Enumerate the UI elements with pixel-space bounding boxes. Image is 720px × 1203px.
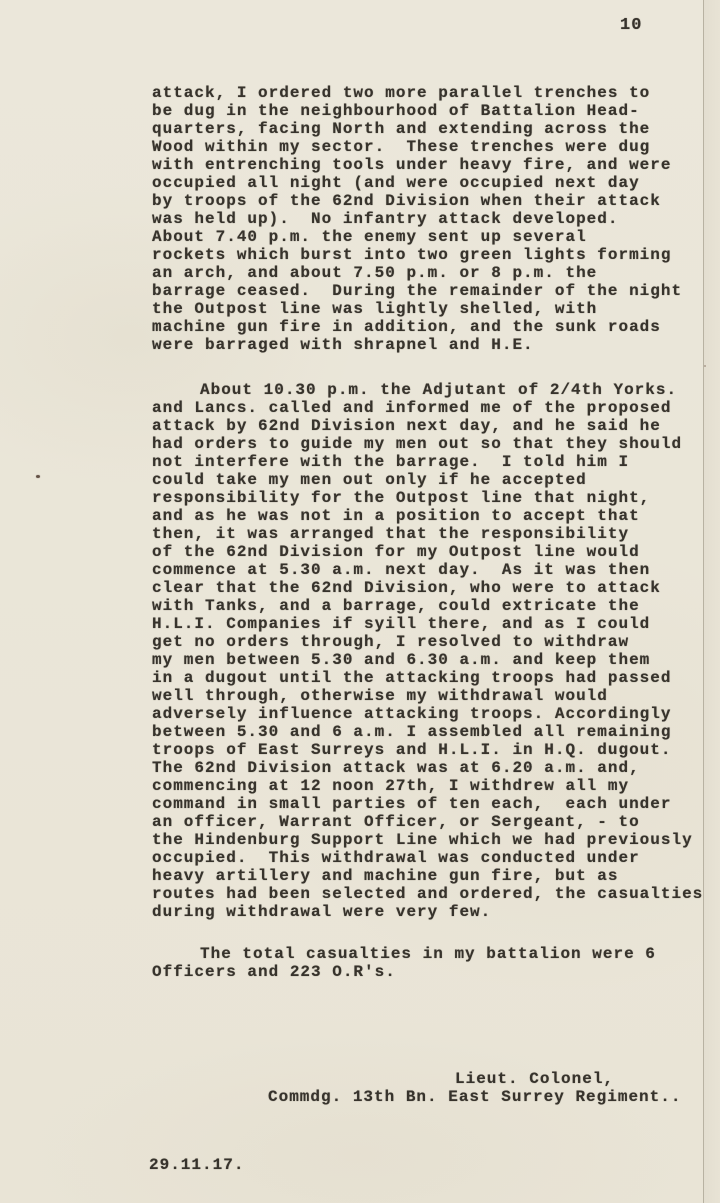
text-line: routes had been selected and ordered, th…	[152, 885, 718, 903]
text-line: with entrenching tools under heavy fire,…	[152, 156, 718, 174]
page-number: 10	[620, 16, 642, 36]
text-line: could take my men out only if he accepte…	[152, 471, 718, 489]
text-line: occupied. This withdrawal was conducted …	[152, 849, 718, 867]
text-line: commence at 5.30 a.m. next day. As it wa…	[152, 561, 718, 579]
text-line: well through, otherwise my withdrawal wo…	[152, 687, 718, 705]
paper-speck	[704, 365, 706, 367]
text-line: command in small parties of ten each, ea…	[152, 795, 718, 813]
text-line: was held up). No infantry attack develop…	[152, 210, 718, 228]
text-line: occupied all night (and were occupied ne…	[152, 174, 718, 192]
text-line: in a dugout until the attacking troops h…	[152, 669, 718, 687]
signature-rank: Lieut. Colonel,	[455, 1070, 614, 1088]
text-line: be dug in the neighbourhood of Battalion…	[152, 102, 718, 120]
date-stamp: 29.11.17.	[149, 1156, 244, 1174]
text-line: not interfere with the barrage. I told h…	[152, 453, 718, 471]
paragraph: About 10.30 p.m. the Adjutant of 2/4th Y…	[152, 381, 718, 921]
text-line: an arch, and about 7.50 p.m. or 8 p.m. t…	[152, 264, 718, 282]
text-line: and as he was not in a position to accep…	[152, 507, 718, 525]
text-line: get no orders through, I resolved to wit…	[152, 633, 718, 651]
text-line: the Hindenburg Support Line which we had…	[152, 831, 718, 849]
paragraph: The total casualties in my battalion wer…	[152, 945, 718, 981]
text-line: machine gun fire in addition, and the su…	[152, 318, 718, 336]
signature-unit: Commdg. 13th Bn. East Surrey Regiment..	[268, 1088, 681, 1106]
paragraph: attack, I ordered two more parallel tren…	[152, 84, 718, 354]
text-line: heavy artillery and machine gun fire, bu…	[152, 867, 718, 885]
text-line: between 5.30 and 6 a.m. I assembled all …	[152, 723, 718, 741]
text-line: barrage ceased. During the remainder of …	[152, 282, 718, 300]
text-line: About 7.40 p.m. the enemy sent up severa…	[152, 228, 718, 246]
text-line: commencing at 12 noon 27th, I withdrew a…	[152, 777, 718, 795]
text-line: the Outpost line was lightly shelled, wi…	[152, 300, 718, 318]
ink-blot	[36, 475, 40, 478]
text-line: rockets which burst into two green light…	[152, 246, 718, 264]
text-line: H.L.I. Companies if syill there, and as …	[152, 615, 718, 633]
text-line: by troops of the 62nd Division when thei…	[152, 192, 718, 210]
text-line: About 10.30 p.m. the Adjutant of 2/4th Y…	[152, 381, 718, 399]
text-line: during withdrawal were very few.	[152, 903, 718, 921]
text-line: adversely influence attacking troops. Ac…	[152, 705, 718, 723]
text-line: an officer, Warrant Officer, or Sergeant…	[152, 813, 718, 831]
text-line: and Lancs. called and informed me of the…	[152, 399, 718, 417]
text-line: responsibility for the Outpost line that…	[152, 489, 718, 507]
text-line: clear that the 62nd Division, who were t…	[152, 579, 718, 597]
text-line: The 62nd Division attack was at 6.20 a.m…	[152, 759, 718, 777]
text-line: The total casualties in my battalion wer…	[152, 945, 718, 963]
text-line: attack, I ordered two more parallel tren…	[152, 84, 718, 102]
document-page: 10 attack, I ordered two more parallel t…	[0, 0, 720, 1203]
text-line: were barraged with shrapnel and H.E.	[152, 336, 718, 354]
text-line: my men between 5.30 and 6.30 a.m. and ke…	[152, 651, 718, 669]
document-body: attack, I ordered two more parallel tren…	[152, 84, 718, 981]
text-line: quarters, facing North and extending acr…	[152, 120, 718, 138]
text-line: Wood within my sector. These trenches we…	[152, 138, 718, 156]
text-line: with Tanks, and a barrage, could extrica…	[152, 597, 718, 615]
text-line: troops of East Surreys and H.L.I. in H.Q…	[152, 741, 718, 759]
text-line: Officers and 223 O.R's.	[152, 963, 718, 981]
text-line: attack by 62nd Division next day, and he…	[152, 417, 718, 435]
text-line: had orders to guide my men out so that t…	[152, 435, 718, 453]
text-line: then, it was arranged that the responsib…	[152, 525, 718, 543]
text-line: of the 62nd Division for my Outpost line…	[152, 543, 718, 561]
